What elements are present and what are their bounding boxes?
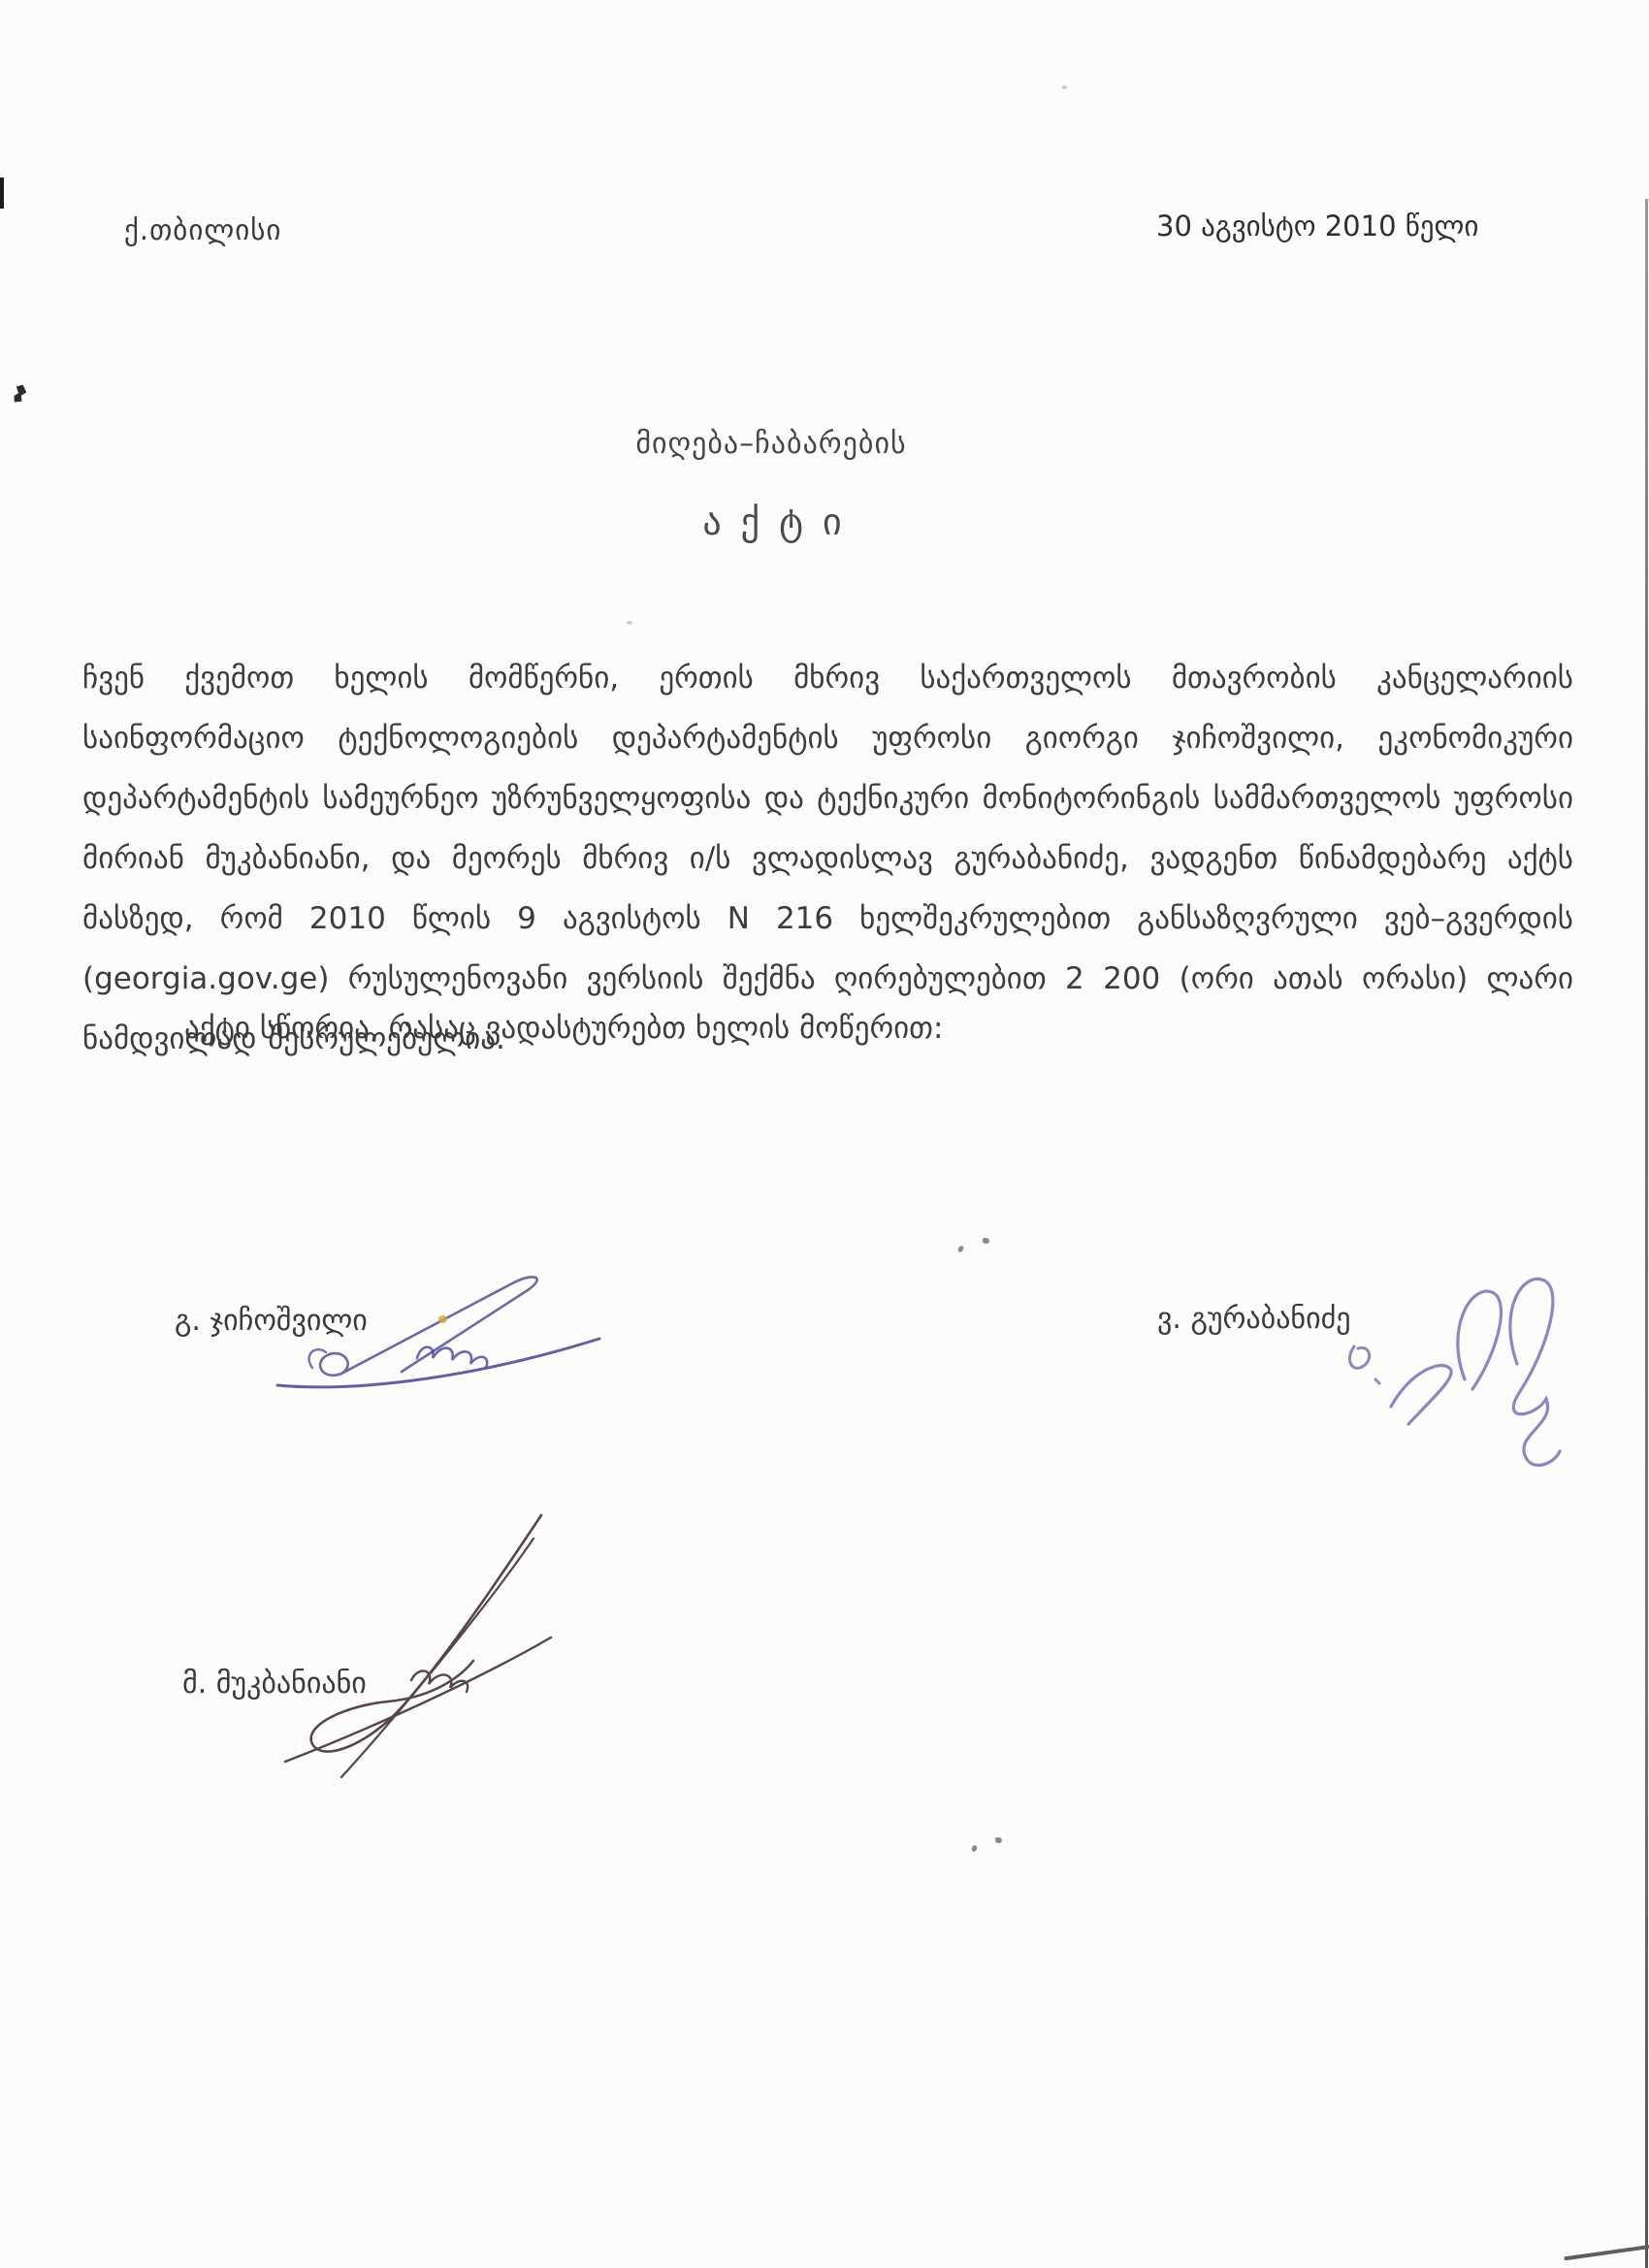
scan-left-edge-mark [0, 178, 4, 209]
scan-edge-line [1645, 199, 1648, 2268]
scan-speck [957, 1245, 965, 1253]
signatory-name-gurabanidze: ვ. გურაბანიძე [1157, 1302, 1351, 1336]
document-title-line1: მიღება–ჩაბარების [635, 427, 906, 461]
scan-corner-stroke [1564, 2245, 1649, 2261]
body-paragraph: ჩვენ ქვემოთ ხელის მომწერნი, ერთის მხრივ … [82, 648, 1573, 1069]
scan-speck [983, 1238, 989, 1244]
scan-speck [971, 1844, 978, 1852]
ink-speck-yellow [438, 1315, 447, 1323]
scan-speck [627, 621, 632, 625]
signature-gurabanidze-icon [1327, 1271, 1569, 1494]
ink-blob-mark [10, 382, 28, 405]
city-label: ქ.თბილისი [124, 213, 281, 246]
confirmation-line: აქტი სწორია, რასაც ვადასტურებთ ხელის მოწ… [184, 1011, 943, 1046]
signature-mukbaniani-icon [274, 1509, 555, 1781]
scan-speck [1062, 85, 1067, 89]
signature-jichoshvili-icon [274, 1253, 603, 1409]
scan-speck [995, 1837, 1002, 1843]
scanned-document-page: ქ.თბილისი 30 აგვისტო 2010 წელი მიღება–ჩა… [0, 0, 1649, 2268]
document-title-line2: აქტი [702, 501, 860, 543]
date-label: 30 აგვისტო 2010 წელი [1156, 210, 1478, 243]
